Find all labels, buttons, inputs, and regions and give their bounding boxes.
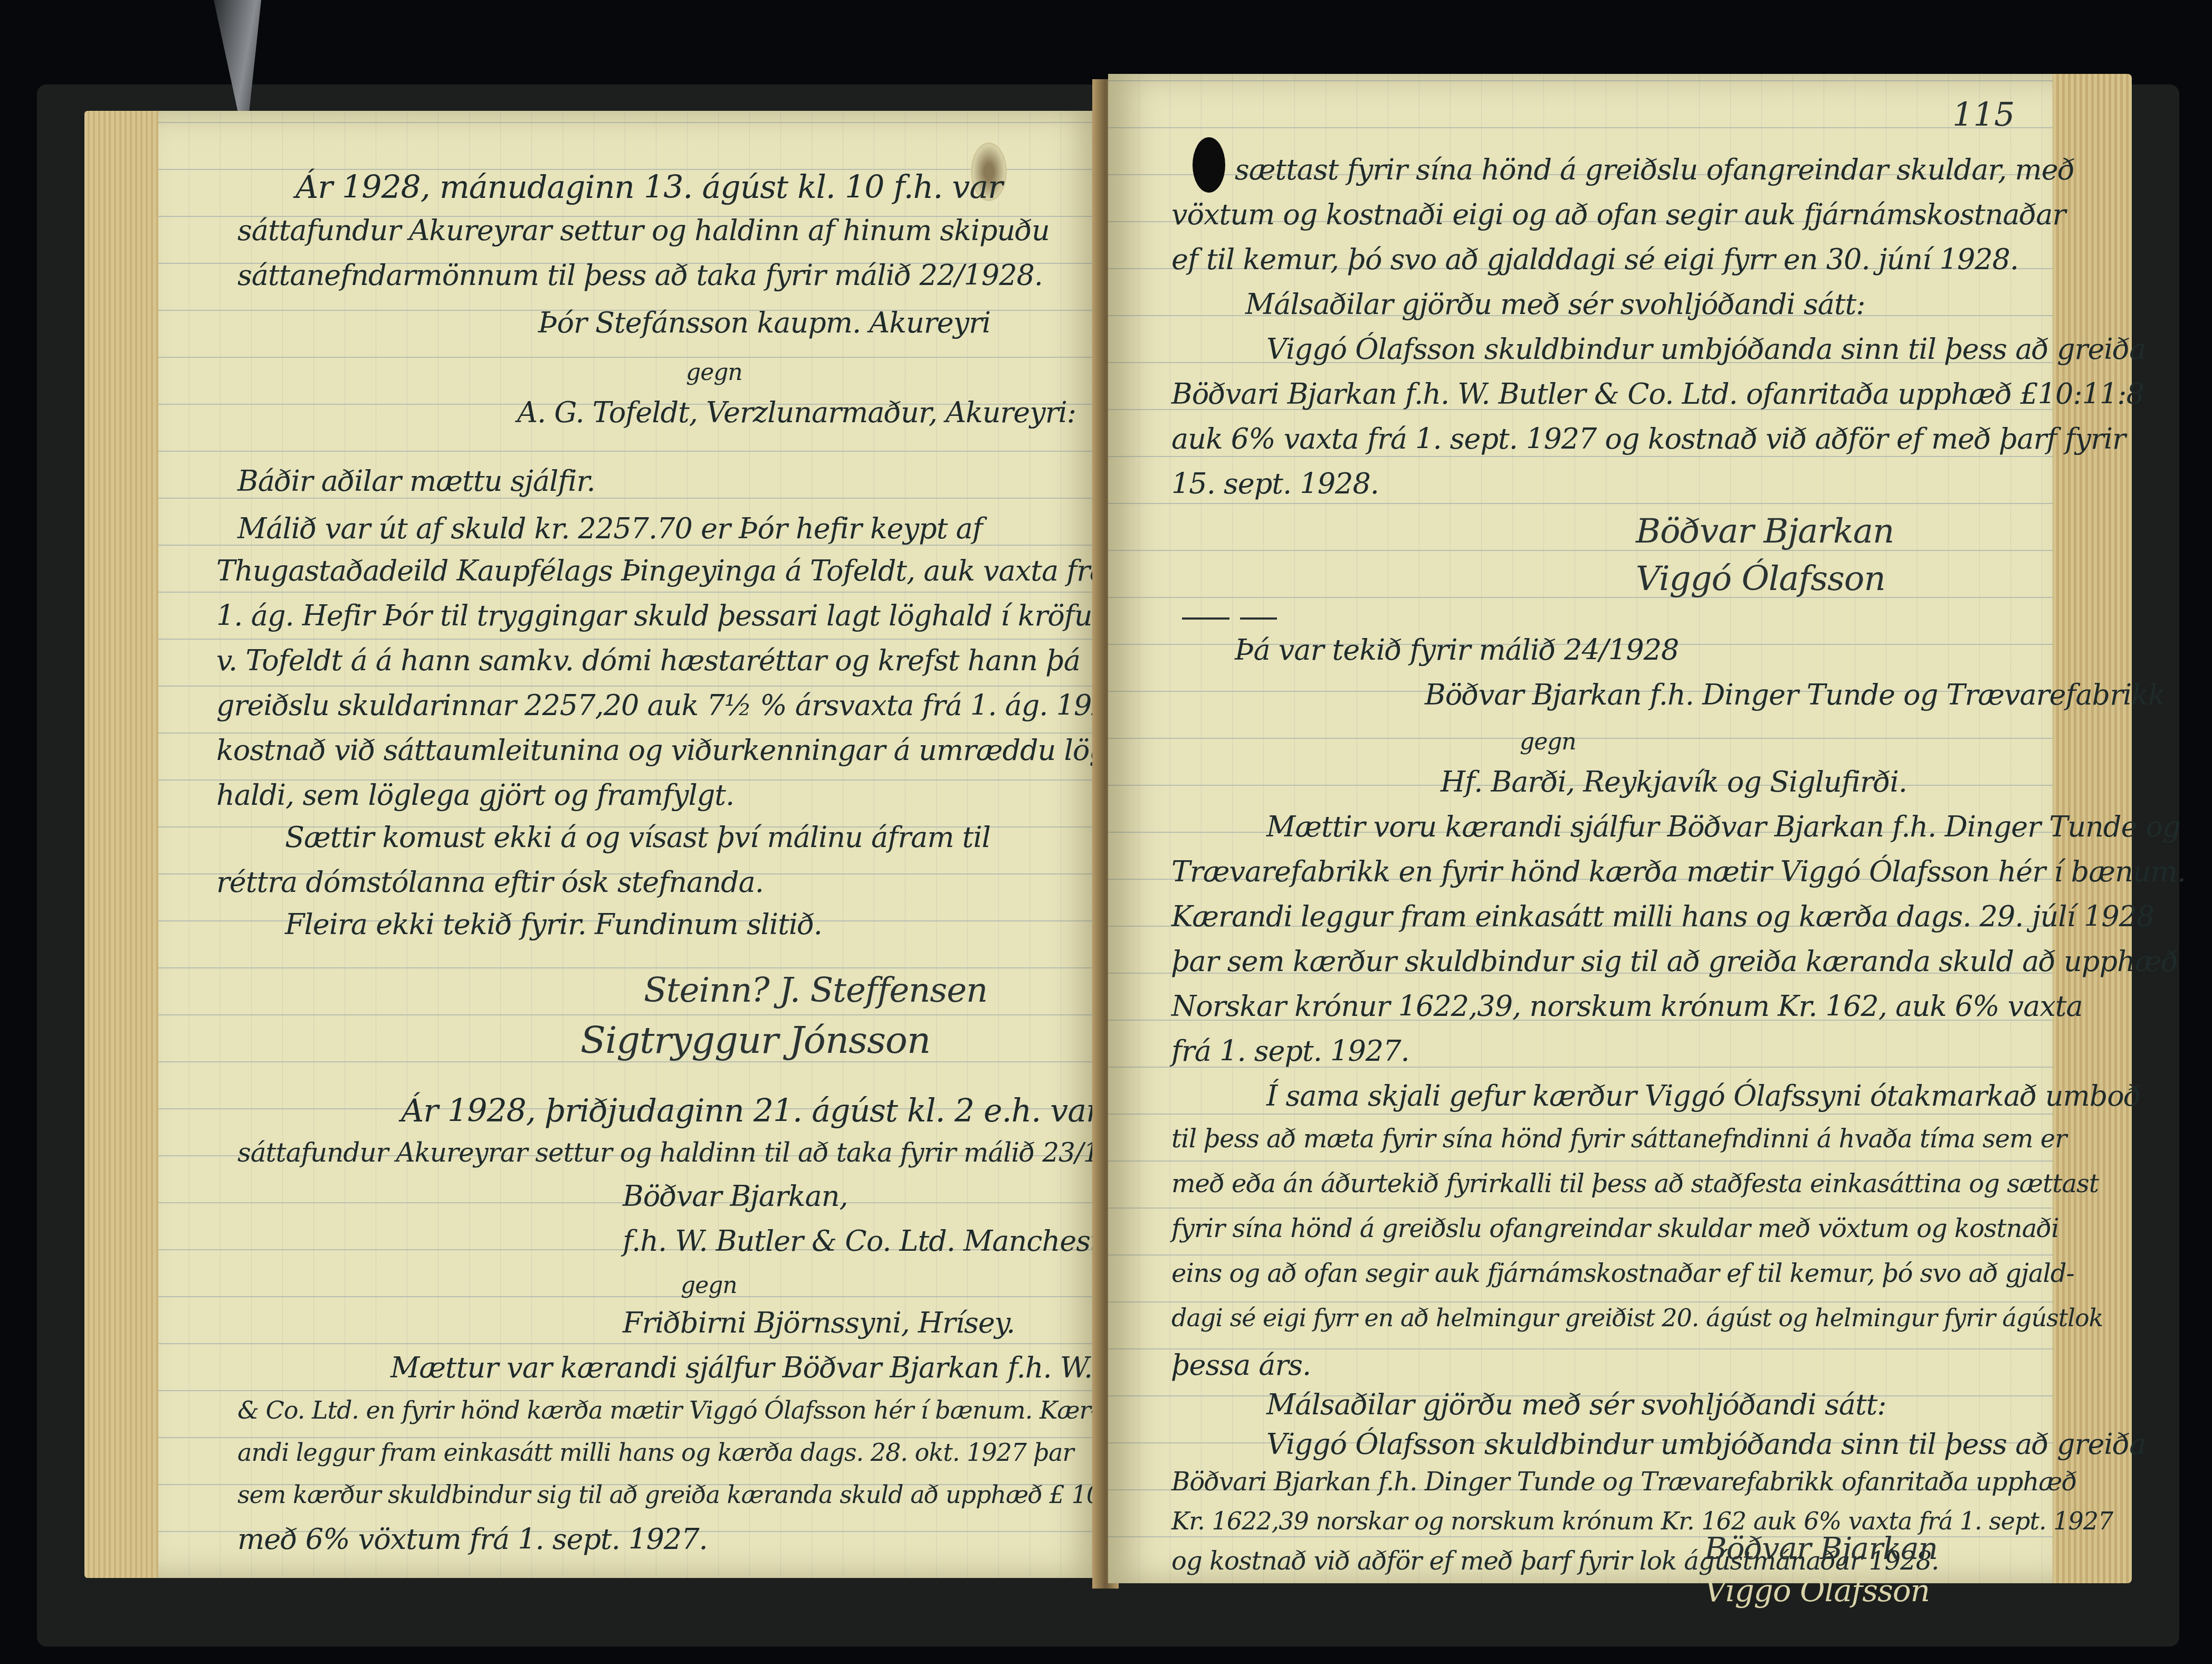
text-line: Þá var tekið fyrir málið 24/1928 <box>1235 633 1679 667</box>
text-line: Málsaðilar gjörðu með sér svohljóðandi s… <box>1245 288 1865 321</box>
text-line: Trævarefabrikk en fyrir hönd kærða mætir… <box>1171 855 2186 888</box>
text-line: Kr. 1622,39 norskar og norskum krónum Kr… <box>1171 1507 2113 1535</box>
text-line: með eða án áðurtekið fyrirkalli til þess… <box>1171 1169 2099 1199</box>
text-line: þar sem kærður skuldbindur sig til að gr… <box>1171 945 2178 978</box>
gegn-label: gegn <box>686 359 742 386</box>
gegn-label: gegn <box>681 1272 737 1299</box>
text-line: auk 6% vaxta frá 1. sept. 1927 og kostna… <box>1171 422 2125 455</box>
text-line: sem kærður skuldbindur sig til að greiða… <box>237 1480 1161 1509</box>
signature: Steinn? J. Steffensen <box>644 971 987 1010</box>
party-name: Friðbirni Björnssyni, Hrísey. <box>623 1306 1015 1339</box>
text-line: haldi, sem löglega gjört og framfylgt. <box>216 778 734 812</box>
text-line: 15. sept. 1928. <box>1171 467 1379 500</box>
text-line: frá 1. sept. 1927. <box>1171 1034 1409 1068</box>
text-line: sáttanefndarmönnum til þess að taka fyri… <box>237 259 1043 292</box>
text-line: & Co. Ltd. en fyrir hönd kærða mætir Vig… <box>237 1396 1098 1424</box>
signature: Böðvar Bjarkan <box>1636 512 1894 551</box>
text-line: Sættir komust ekki á og vísast því málin… <box>285 821 990 854</box>
text-line: Ár 1928, þriðjudaginn 21. ágúst kl. 2 e.… <box>401 1092 1101 1129</box>
page-number: 115 <box>1952 95 2015 134</box>
text-line: fyrir sína hönd á greiðslu ofangreindar … <box>1171 1214 2059 1243</box>
text-line: kostnað við sáttaumleitunina og viðurken… <box>216 734 1116 767</box>
party-name: Böðvar Bjarkan f.h. Dinger Tunde og Træv… <box>1425 678 2165 711</box>
text-line: sáttafundur Akureyrar settur og haldinn … <box>237 214 1050 247</box>
signature: Sigtryggur Jónsson <box>580 1019 930 1062</box>
signature: Viggó Ólafsson <box>1704 1573 1930 1609</box>
section-divider <box>1182 617 1229 620</box>
text-line: vöxtum og kostnaði eigi og að ofan segir… <box>1171 198 2065 231</box>
text-line: með 6% vöxtum frá 1. sept. 1927. <box>237 1523 708 1556</box>
text-line: Báðir aðilar mættu sjálfir. <box>237 464 595 498</box>
text-line: Málið var út af skuld kr. 2257.70 er Þór… <box>237 512 983 545</box>
text-line: Málsaðilar gjörðu með sér svohljóðandi s… <box>1266 1388 1886 1421</box>
right-page: 115 sættast fyrir sína hönd á greiðslu o… <box>1108 74 2053 1583</box>
text-line: Í sama skjali gefur kærður Viggó Ólafssy… <box>1266 1079 2140 1112</box>
text-line: Böðvari Bjarkan f.h. W. Butler & Co. Ltd… <box>1171 377 2144 411</box>
text-line: sættast fyrir sína hönd á greiðslu ofang… <box>1235 153 2074 186</box>
text-line: réttra dómstólanna eftir ósk stefnanda. <box>216 866 764 899</box>
text-line: Fleira ekki tekið fyrir. Fundinum slitið… <box>285 908 822 941</box>
left-page: Ár 1928, mánudaginn 13. ágúst kl. 10 f.h… <box>158 111 1103 1578</box>
party-name: A. G. Tofeldt, Verzlunarmaður, Akureyri: <box>517 396 1076 429</box>
text-line: v. Tofeldt á á hann samkv. dómi hæstarét… <box>216 644 1080 677</box>
text-line: dagi sé eigi fyrr en að helmingur greiði… <box>1171 1304 2103 1332</box>
text-line: Ár 1928, mánudaginn 13. ágúst kl. 10 f.h… <box>295 169 1003 206</box>
text-line: Kærandi leggur fram einkasátt milli hans… <box>1171 900 2154 933</box>
party-name: Hf. Barði, Reykjavík og Siglufirði. <box>1441 765 1907 798</box>
party-name: Böðvar Bjarkan, <box>623 1180 848 1213</box>
text-line: Mættir voru kærandi sjálfur Böðvar Bjark… <box>1266 810 2180 843</box>
party-name: f.h. W. Butler & Co. Ltd. Manchester <box>623 1224 1130 1258</box>
left-page-stack-edge <box>84 111 164 1578</box>
text-line: Viggó Ólafsson skuldbindur umbjóðanda si… <box>1266 1428 2146 1461</box>
text-line: Norskar krónur 1622,39, norskum krónum K… <box>1171 990 2083 1023</box>
text-line: eins og að ofan segir auk fjárnámskostna… <box>1171 1259 2074 1288</box>
text-line: ef til kemur, þó svo að gjalddagi sé eig… <box>1171 243 2018 276</box>
text-line: Thugastaðadeild Kaupfélags Þingeyinga á … <box>216 554 1106 587</box>
text-line: Mættur var kærandi sjálfur Böðvar Bjarka… <box>390 1351 1188 1384</box>
text-line: Viggó Ólafsson skuldbindur umbjóðanda si… <box>1266 332 2146 366</box>
text-line: sáttafundur Akureyrar settur og haldinn … <box>237 1137 1148 1168</box>
text-line: þessa árs. <box>1171 1348 1311 1382</box>
party-name: Þór Stefánsson kaupm. Akureyri <box>538 306 990 339</box>
text-line: Böðvari Bjarkan f.h. Dinger Tunde og Træ… <box>1171 1467 2076 1497</box>
text-line: 1. ág. Hefir Þór til tryggingar skuld þe… <box>216 599 1092 632</box>
text-line: greiðslu skuldarinnar 2257,20 auk 7½ % á… <box>216 689 1169 722</box>
section-divider <box>1240 617 1277 620</box>
gegn-label: gegn <box>1520 728 1576 755</box>
signature: Böðvar Bjarkan <box>1704 1530 1938 1566</box>
text-line: andi leggur fram einkasátt milli hans og… <box>237 1438 1073 1467</box>
signature: Viggó Ólafsson <box>1636 559 1885 598</box>
punch-hole <box>1193 137 1225 193</box>
text-line: til þess að mæta fyrir sína hönd fyrir s… <box>1171 1124 2066 1154</box>
